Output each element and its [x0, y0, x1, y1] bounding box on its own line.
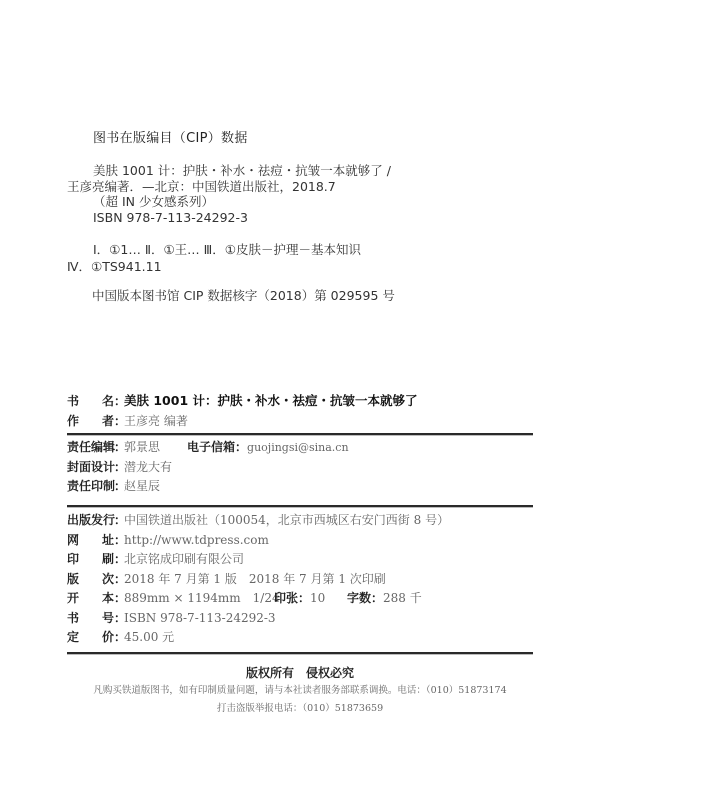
colon: ：	[114, 550, 124, 570]
rights-notice: 版权所有 侵权必究	[67, 664, 533, 682]
editor-label: 责任编辑	[67, 438, 114, 458]
cover-design-row: 封面设计：潜龙大有	[67, 458, 533, 478]
publication-info: 出版发行：中国铁道出版社（100054，北京市西城区右安门西街 8 号） 网址：…	[67, 511, 533, 648]
website-row: 网址：http://www.tdpress.com	[67, 531, 533, 551]
format-value: 889mm × 1194mm 1/24	[124, 589, 280, 609]
word-count-field: 字数：288 千	[347, 589, 422, 609]
format-label: 开本	[67, 589, 114, 609]
colon: ：	[114, 589, 124, 609]
cip-record-number: 中国版本图书馆 CIP 数据核字（2018）第 029595 号	[92, 288, 395, 304]
colon: ：	[114, 570, 124, 590]
cip-line-title: 美肤 1001 计：护肤・补水・祛痘・抗皱一本就够了 /	[67, 163, 427, 179]
book-title-label: 书名	[67, 391, 114, 411]
sheets-field: 印张：10	[274, 589, 325, 609]
edition-value: 2018 年 7 月第 1 版 2018 年 7 月第 1 次印刷	[124, 570, 386, 590]
colon: ：	[114, 609, 124, 629]
printer-label: 印刷	[67, 550, 114, 570]
sheets-label: 印张	[274, 591, 298, 605]
piracy-hotline: 打击盗版举报电话：（010）51873659	[67, 700, 533, 718]
print-supervisor-label: 责任印制	[67, 477, 114, 497]
author-value: 王彦亮 编著	[124, 411, 188, 431]
divider-rule	[67, 433, 533, 435]
cip-classification-line: Ⅳ．①TS941.11	[67, 258, 361, 275]
printer-value: 北京铭成印刷有限公司	[124, 550, 244, 570]
cover-design-value: 潜龙大有	[124, 458, 172, 478]
colon: ：	[114, 438, 124, 458]
reader-service-notice: 凡购买铁道版图书，如有印制质量问题，请与本社读者服务部联系调换。电话：（010）…	[67, 682, 533, 700]
colon: ：	[371, 591, 383, 605]
word-count-label: 字数	[347, 591, 371, 605]
colon: ：	[298, 591, 310, 605]
author-row: 作者：王彦亮 编著	[67, 411, 533, 431]
divider-rule	[67, 505, 533, 507]
printer-row: 印刷：北京铭成印刷有限公司	[67, 550, 533, 570]
author-label: 作者	[67, 411, 114, 431]
cip-line-series: （超 IN 少女感系列）	[67, 194, 427, 210]
website-value: http://www.tdpress.com	[124, 531, 269, 551]
isbn-row: 书号：ISBN 978-7-113-24292-3	[67, 609, 533, 629]
colon: ：	[114, 511, 124, 531]
divider-rule	[67, 652, 533, 654]
cip-line-isbn: ISBN 978-7-113-24292-3	[67, 210, 427, 226]
email-value: guojingsi@sina.cn	[247, 441, 349, 454]
staff-info: 责任编辑：郭景思 电子信箱：guojingsi@sina.cn 封面设计：潜龙大…	[67, 438, 533, 497]
edition-label: 版次	[67, 570, 114, 590]
colon: ：	[114, 458, 124, 478]
website-label: 网址	[67, 531, 114, 551]
cip-description: 美肤 1001 计：护肤・补水・祛痘・抗皱一本就够了 / 王彦亮编著．—北京：中…	[67, 163, 427, 225]
book-info: 书名：美肤 1001 计：护肤・补水・祛痘・抗皱一本就够了 作者：王彦亮 编著	[67, 391, 533, 431]
colon: ：	[114, 531, 124, 551]
colon: ：	[114, 411, 124, 431]
email-label: 电子信箱	[187, 440, 235, 454]
cip-line-author-publisher: 王彦亮编著．—北京：中国铁道出版社，2018.7	[67, 179, 427, 195]
cip-classification-line: Ⅰ．①1… Ⅱ．①王… Ⅲ．①皮肤－护理－基本知识	[67, 241, 361, 258]
editor-value: 郭景思	[124, 438, 160, 458]
cip-heading: 图书在版编目（CIP）数据	[93, 131, 248, 147]
book-title-value: 美肤 1001 计：护肤・补水・祛痘・抗皱一本就够了	[124, 391, 418, 411]
edition-row: 版次：2018 年 7 月第 1 版 2018 年 7 月第 1 次印刷	[67, 570, 533, 590]
editor-row: 责任编辑：郭景思 电子信箱：guojingsi@sina.cn	[67, 438, 533, 458]
colon: ：	[114, 477, 124, 497]
price-row: 定价：45.00 元	[67, 628, 533, 648]
publisher-value: 中国铁道出版社（100054，北京市西城区右安门西街 8 号）	[124, 511, 449, 531]
email-field: 电子信箱：guojingsi@sina.cn	[187, 438, 349, 458]
colon: ：	[235, 440, 247, 454]
isbn-label: 书号	[67, 609, 114, 629]
publisher-row: 出版发行：中国铁道出版社（100054，北京市西城区右安门西街 8 号）	[67, 511, 533, 531]
price-label: 定价	[67, 628, 114, 648]
cover-design-label: 封面设计	[67, 458, 114, 478]
publisher-label: 出版发行	[67, 511, 114, 531]
print-supervisor-row: 责任印制：赵星辰	[67, 477, 533, 497]
colon: ：	[114, 391, 124, 411]
cip-classification: Ⅰ．①1… Ⅱ．①王… Ⅲ．①皮肤－护理－基本知识 Ⅳ．①TS941.11	[67, 241, 361, 275]
colon: ：	[114, 628, 124, 648]
book-title-row: 书名：美肤 1001 计：护肤・补水・祛痘・抗皱一本就够了	[67, 391, 533, 411]
price-value: 45.00 元	[124, 628, 174, 648]
sheets-value: 10	[310, 591, 325, 605]
print-supervisor-value: 赵星辰	[124, 477, 160, 497]
rights-block: 版权所有 侵权必究 凡购买铁道版图书，如有印制质量问题，请与本社读者服务部联系调…	[67, 664, 533, 718]
isbn-value: ISBN 978-7-113-24292-3	[124, 609, 276, 629]
format-row: 开本：889mm × 1194mm 1/24 印张：10 字数：288 千	[67, 589, 533, 609]
word-count-value: 288 千	[383, 591, 422, 605]
